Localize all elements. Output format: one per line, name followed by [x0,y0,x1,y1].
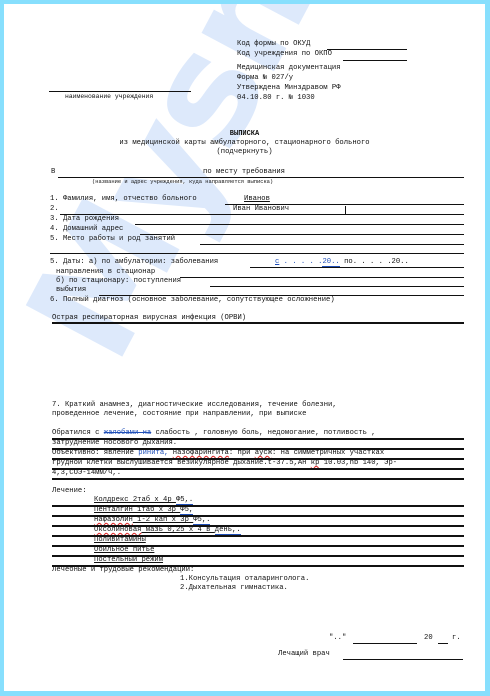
struck-text: жалобами на [104,429,151,437]
inpatient-label: б) по стационару: поступления [56,277,181,286]
objective-line-3[interactable]: 4,3,СОЭ-14мм/ч,. [52,469,121,478]
from-year: 20.. [322,258,339,267]
doctor-label: Лечащий врач [278,650,330,659]
treatment-item[interactable]: Оксолиновая мазь 0,25 х 4 в день,. [94,526,241,535]
text: Ф5,. [193,516,210,525]
document-subtitle: из медицинской карты амбулаторного, стац… [4,139,485,148]
okud-label: Код формы по ОКУД [237,40,310,49]
complaints-line-1[interactable]: Обратился с жалобами на слабость , голов… [52,429,376,438]
text: мазь 0,25 х 4 в [141,526,214,534]
treatment-item[interactable]: Обильное питье [94,546,154,555]
complaints-line-2[interactable]: затруднение носового дыхания. [52,439,177,448]
field-5-label: 5. Место работы и род занятий [50,235,175,244]
admission-date-field[interactable] [210,286,464,287]
text: слабость , головную боль, недомогание, п… [151,429,375,437]
treatment-item[interactable]: Поливитамины [94,536,146,545]
field-4-label: 4. Домашний адрес [50,225,123,234]
text: Колдрекс 2таб х 4р [94,496,176,504]
text: Ф5, [180,506,193,515]
referral-label: направления в стационар [56,268,155,277]
text: день,. [215,526,241,535]
recipient-prefix: В [51,168,55,177]
patient-surname[interactable]: Иванов [244,195,270,204]
date-quote: ".." [329,634,346,643]
to-date: . . . . .20.. [353,258,409,266]
text: ринита, [138,449,168,457]
approved-by: Утверждена Минздравом РФ [237,84,341,93]
document-note: (подчеркнуть) [4,148,485,157]
from-date: . . . . . [284,258,323,266]
misspelled-word: Нафазолин [94,516,133,524]
objective-line-1[interactable]: Объективно: явление ринита, назофарингит… [52,449,384,458]
text: Пенталгин 1таб х 3р [94,506,180,514]
anamnesis-label-2: проведенное лечение, состояние при напра… [52,410,306,419]
date-month-field[interactable] [353,643,417,644]
treatment-label: Лечение: [52,487,87,496]
year-prefix: 20 [424,634,433,643]
recommendations-label: Лечебные и трудовые рекомендации: [52,566,194,575]
recommendation-item[interactable]: 1.Консультация оталаринголога. [180,575,309,584]
treatment-item[interactable]: Колдрекс 2таб х 4р Ф5,. [94,496,193,505]
illness-period[interactable]: с . . . . .20.. по. . . . .20.. [275,258,409,267]
referral-date-field[interactable] [180,277,464,278]
document-page: Mysmed.com Код формы по ОКУД Код учрежде… [4,4,485,691]
text: : на симметричных участках [272,449,384,457]
field-3-label: 3. Дата рождения [50,215,119,224]
home-address-field[interactable] [140,234,464,235]
dates-line [250,267,464,268]
text: : при [229,449,255,457]
treatment-item[interactable]: Пенталгин 1таб х 3р Ф5, [94,506,193,515]
workplace-field[interactable] [200,244,464,245]
okpo-label: Код учреждения по ОКПО [237,50,332,59]
misspelled-word: назофарингита [173,449,229,457]
document-title: ВЫПИСКА [4,130,485,139]
to-prefix: по [344,258,353,266]
text: 1-2 кап х 3р [133,516,193,524]
text: 10.03,hb 140, Эр- [319,459,397,467]
year-suffix: г. [452,634,461,643]
text: Обратился с [52,429,104,437]
text: Ф5,. [176,496,193,505]
field-2-label: 2. [50,205,59,214]
patient-name[interactable]: Иван Иванович [233,205,289,214]
recipient-caption: (название и адрес учреждения, куда напра… [92,178,273,187]
diagnosis-line [52,322,464,324]
doctor-signature-field[interactable] [343,659,463,660]
doc-type: Медицинская документация [237,64,341,73]
institution-caption: наименование учреждения [65,92,153,101]
anamnesis-label-1: 7. Краткий анамнез, диагностические иссл… [52,401,337,410]
text-cursor [345,206,346,214]
birth-date-field[interactable] [135,224,464,225]
line [52,478,464,480]
okud-field[interactable] [327,49,407,50]
field-2-line [60,214,464,215]
misspelled-word: Оксолиновая [94,526,141,534]
text: грудной клетки выслушивается везикулярно… [52,459,311,467]
dates-label: 5. Даты: а) по амбулатории: заболевания [50,258,218,267]
workplace-field-2[interactable] [50,253,464,254]
recommendation-item[interactable]: 2.Дыхательная гимнастика. [180,584,288,593]
misspelled-word: аусж [255,449,272,457]
recipient-value[interactable]: по месту требования [203,168,285,177]
date-year-field[interactable] [438,643,448,644]
treatment-item[interactable]: Нафазолин 1-2 кап х 3р Ф5,. [94,516,210,525]
text: Объективно: явление [52,449,138,457]
field-1-label: 1. Фамилия, имя, отчество больного [50,195,197,204]
okpo-field[interactable] [343,60,407,61]
objective-line-2[interactable]: грудной клетки выслушивается везикулярно… [52,459,397,468]
from-prefix: с [275,258,279,266]
discharge-label: выбытия [56,286,86,295]
approval-date: 04.10.80 г. № 1030 [237,94,315,103]
form-number: Форма № 027/у [237,74,293,83]
diagnosis-label: 6. Полный диагноз (основное заболевание,… [50,296,335,305]
treatment-item[interactable]: Постельный режим [94,556,163,565]
